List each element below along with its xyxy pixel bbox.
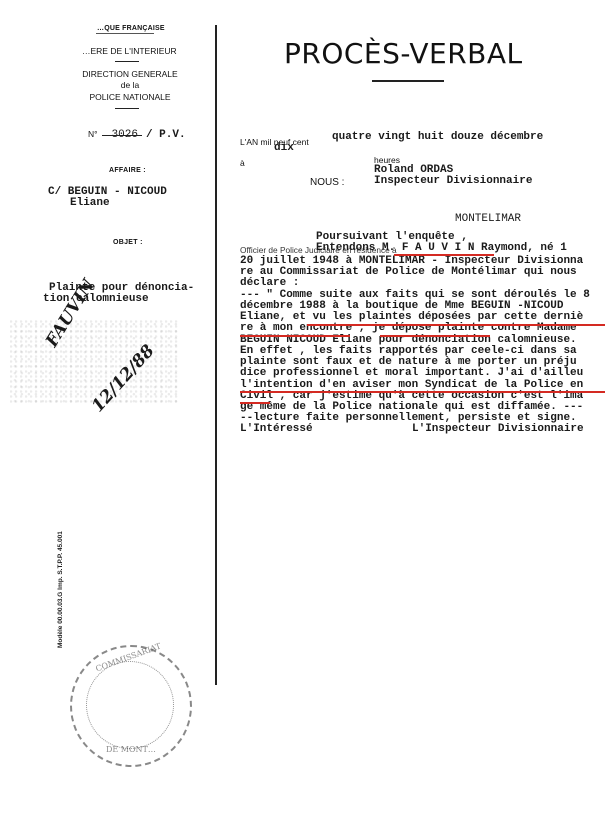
underline-plaintes xyxy=(307,324,605,326)
underline-depose-plainte xyxy=(380,335,490,337)
direction-line2: de la xyxy=(75,80,185,90)
direction-line1: DIRECTION GENERALE xyxy=(75,69,185,79)
body-line-4: déclare : xyxy=(240,278,299,290)
body-line-12: dice professionnel et moral important. J… xyxy=(240,368,583,380)
direction-line3: POLICE NATIONALE xyxy=(75,92,185,102)
residence-city: MONTELIMAR xyxy=(455,213,521,225)
objet-label: OBJET : xyxy=(113,239,143,246)
seal-inner-ring xyxy=(86,661,174,749)
nous-label: NOUS : xyxy=(310,177,344,188)
page-title: PROCÈS-VERBAL xyxy=(284,37,523,70)
affaire-line2: Eliane xyxy=(70,198,110,210)
affaire-label: AFFAIRE : xyxy=(109,167,146,174)
pv-number: N° 3026 / P.V. xyxy=(88,124,186,142)
body-line-1: Entendons M. F A U V I N Raymond, né 1 xyxy=(316,243,567,255)
pv-number-label: N° xyxy=(88,129,98,139)
official-seal: COMMISSARIAT DE MONT… xyxy=(70,645,192,767)
a-label: à xyxy=(240,158,245,168)
objet-line2: tion calomnieuse xyxy=(43,294,149,306)
header-divider xyxy=(115,61,139,62)
underline-fauvin xyxy=(394,254,494,256)
underline-encontre xyxy=(240,335,350,337)
ministry-header: …ERE DE L'INTERIEUR xyxy=(82,46,177,56)
header-divider xyxy=(115,108,139,109)
republic-header: …QUE FRANÇAISE xyxy=(97,25,165,32)
seal-text-bottom: DE MONT… xyxy=(106,745,156,754)
pv-number-value: 3026 xyxy=(112,129,138,141)
title-underline xyxy=(372,80,444,82)
form-imprint: Modèle 00.00.03.G Imp. S.T.P.P. 45.001 xyxy=(57,531,64,648)
underline-civil xyxy=(240,402,270,404)
column-divider xyxy=(215,25,217,685)
date-typed: quatre vingt huit douze décembre xyxy=(332,131,543,143)
date-typed-sub: dix xyxy=(274,142,294,154)
underline-intention xyxy=(240,391,605,393)
handwritten-stamp xyxy=(10,320,180,405)
officer-rank: Inspecteur Divisionnaire xyxy=(374,175,532,187)
header-rule xyxy=(96,33,154,34)
signature-interesse: L'Intéressé xyxy=(240,424,313,436)
pv-number-suffix: / P.V. xyxy=(146,129,186,141)
signature-inspecteur: L'Inspecteur Divisionnaire xyxy=(412,424,584,436)
